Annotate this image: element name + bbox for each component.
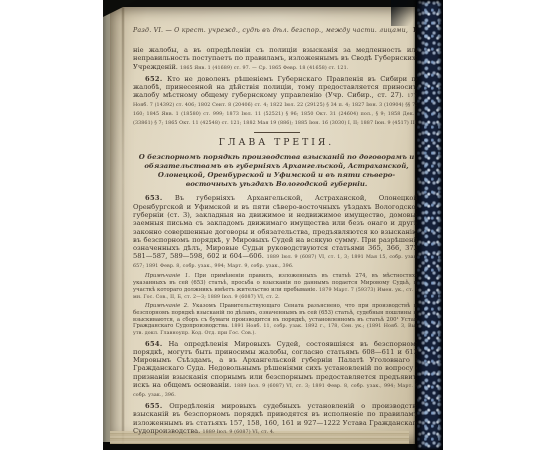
article-655-text: Опредѣленія мировыхъ судебныхъ установле…: [133, 402, 420, 435]
article-654-text: На опредѣленія Мировыхъ Судей, состоявші…: [133, 340, 420, 389]
article-652-number: 652.: [145, 75, 163, 83]
cover-corner-shade: [391, 0, 425, 26]
article-653-text: Въ губерніяхъ Архангельской, Астраханско…: [133, 194, 420, 260]
intro-refs: 1865 Янв. 1 (41689) ст. 97. — Ср. 1865 Ф…: [180, 66, 348, 71]
scene-background: Разд. VI. — О крест. учрежд., судѣ въ дѣ…: [0, 0, 550, 450]
book-page: Разд. VI. — О крест. учрежд., судѣ въ дѣ…: [110, 7, 415, 444]
article-655-number: 655.: [145, 402, 163, 410]
marbled-cover-edge: [417, 0, 443, 450]
note-2-label: Примѣчаніе 2.: [145, 303, 189, 309]
chapter-heading: ГЛАВА ТРЕТІЯ.: [133, 137, 420, 148]
running-head-title: Разд. VI. — О крест. учрежд., судѣ въ дѣ…: [133, 27, 408, 34]
article-653-note-2: Примѣчаніе 2. Указомъ Правительствующаго…: [133, 303, 420, 338]
article-652-text: Кто не доволенъ рѣшеніемъ Губернскаго Пр…: [133, 75, 420, 100]
running-head: Разд. VI. — О крест. учрежд., судѣ въ дѣ…: [133, 27, 420, 34]
article-653: 653. Въ губерніяхъ Архангельской, Астрах…: [133, 194, 420, 270]
intro-paragraph: ніе жалобы, а въ опредѣленіи съ полиціи …: [133, 46, 420, 72]
article-653-number: 653.: [145, 194, 163, 202]
article-655: 655. Опредѣленія мировыхъ судебныхъ уста…: [133, 402, 420, 436]
article-655-refs: 1889 Іюл. 9 (6087) VI, ст. 4.: [202, 430, 274, 435]
page-crease: [122, 7, 124, 444]
article-653-note-1: Примѣчаніе 1. При примѣненіи правилъ, из…: [133, 273, 420, 301]
book-photo: Разд. VI. — О крест. учрежд., судѣ въ дѣ…: [103, 0, 443, 450]
note-1-label: Примѣчаніе 1.: [145, 273, 190, 279]
chapter-subtitle: О безспорномъ порядкѣ производства взыск…: [137, 153, 416, 189]
article-654: 654. На опредѣленія Мировыхъ Судей, сост…: [133, 340, 420, 399]
article-654-number: 654.: [145, 340, 163, 348]
article-652: 652. Кто не доволенъ рѣшеніемъ Губернска…: [133, 75, 420, 127]
section-divider: [254, 132, 300, 133]
page-text-block: Разд. VI. — О крест. учрежд., судѣ въ дѣ…: [133, 27, 420, 439]
